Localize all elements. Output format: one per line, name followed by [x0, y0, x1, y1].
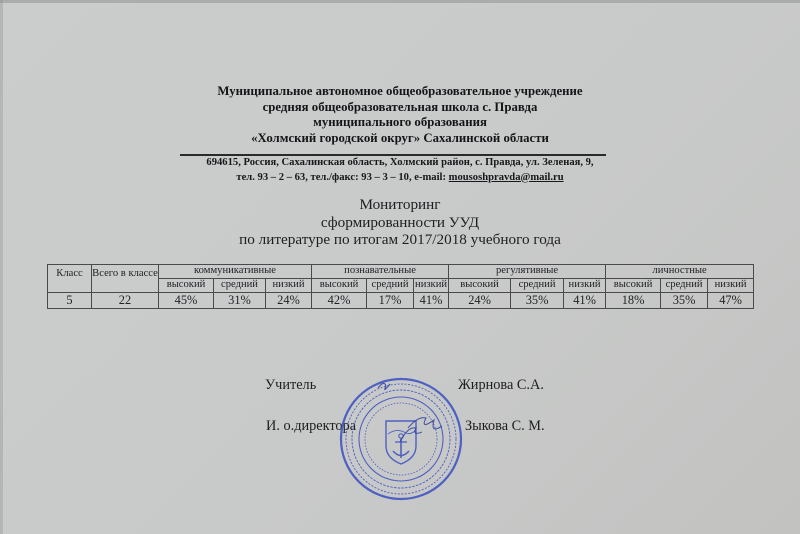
title-line: сформированности УУД — [200, 214, 600, 232]
cell-value: 35% — [661, 293, 708, 309]
cell-value: 41% — [564, 293, 606, 309]
level-mid: средний — [367, 279, 414, 293]
header-group-personal: личностные — [606, 265, 754, 279]
level-mid: средний — [214, 279, 266, 293]
header-group-cognitive: познавательные — [312, 265, 449, 279]
header-line: муниципального образования — [150, 115, 650, 131]
level-high: высокий — [312, 279, 367, 293]
level-high: высокий — [449, 279, 511, 293]
table-row: 5 22 45% 31% 24% 42% 17% 41% 24% 35% 41%… — [48, 293, 754, 309]
director-name: Зыкова С. М. — [465, 418, 545, 435]
cell-value: 31% — [214, 293, 266, 309]
cell-value: 35% — [511, 293, 564, 309]
cell-value: 18% — [606, 293, 661, 309]
header-total: Всего в классе — [92, 265, 159, 293]
header-group-regulatory: регулятивные — [449, 265, 606, 279]
school-address: 694615, Россия, Сахалинская область, Хол… — [150, 156, 650, 185]
level-low: низкий — [414, 279, 449, 293]
cell-total: 22 — [92, 293, 159, 309]
level-mid: средний — [511, 279, 564, 293]
page-edge-shadow — [0, 0, 800, 3]
level-mid: средний — [661, 279, 708, 293]
teacher-name: Жирнова С.А. — [458, 377, 544, 394]
cell-value: 24% — [449, 293, 511, 309]
level-low: низкий — [708, 279, 754, 293]
header-line: Муниципальное автономное общеобразовател… — [150, 84, 650, 100]
teacher-label: Учитель — [265, 377, 316, 394]
address-line: 694615, Россия, Сахалинская область, Хол… — [150, 156, 650, 171]
school-header: Муниципальное автономное общеобразовател… — [150, 84, 650, 146]
header-line: средняя общеобразовательная школа с. Пра… — [150, 100, 650, 116]
cell-value: 41% — [414, 293, 449, 309]
monitoring-table: Класс Всего в классе коммуникативные поз… — [47, 264, 754, 309]
level-high: высокий — [159, 279, 214, 293]
title-line: Мониторинг — [200, 196, 600, 214]
page-edge-shadow-left — [0, 0, 3, 534]
cell-value: 24% — [266, 293, 312, 309]
header-class: Класс — [48, 265, 92, 293]
document-title: Мониторинг сформированности УУД по литер… — [200, 196, 600, 249]
header-group-communicative: коммуникативные — [159, 265, 312, 279]
cell-value: 47% — [708, 293, 754, 309]
official-stamp-icon — [338, 376, 464, 502]
level-low: низкий — [266, 279, 312, 293]
contact-line: тел. 93 – 2 – 63, тел./факс: 93 – 3 – 10… — [150, 171, 650, 186]
cell-value: 42% — [312, 293, 367, 309]
email-link[interactable]: mousoshpravda@mail.ru — [449, 172, 564, 183]
level-low: низкий — [564, 279, 606, 293]
title-line: по литературе по итогам 2017/2018 учебно… — [200, 231, 600, 249]
level-high: высокий — [606, 279, 661, 293]
table-header-row: Класс Всего в классе коммуникативные поз… — [48, 265, 754, 279]
cell-class: 5 — [48, 293, 92, 309]
phone-text: тел. 93 – 2 – 63, тел./факс: 93 – 3 – 10… — [236, 172, 448, 183]
cell-value: 17% — [367, 293, 414, 309]
cell-value: 45% — [159, 293, 214, 309]
header-line: «Холмский городской округ» Сахалинской о… — [150, 131, 650, 147]
